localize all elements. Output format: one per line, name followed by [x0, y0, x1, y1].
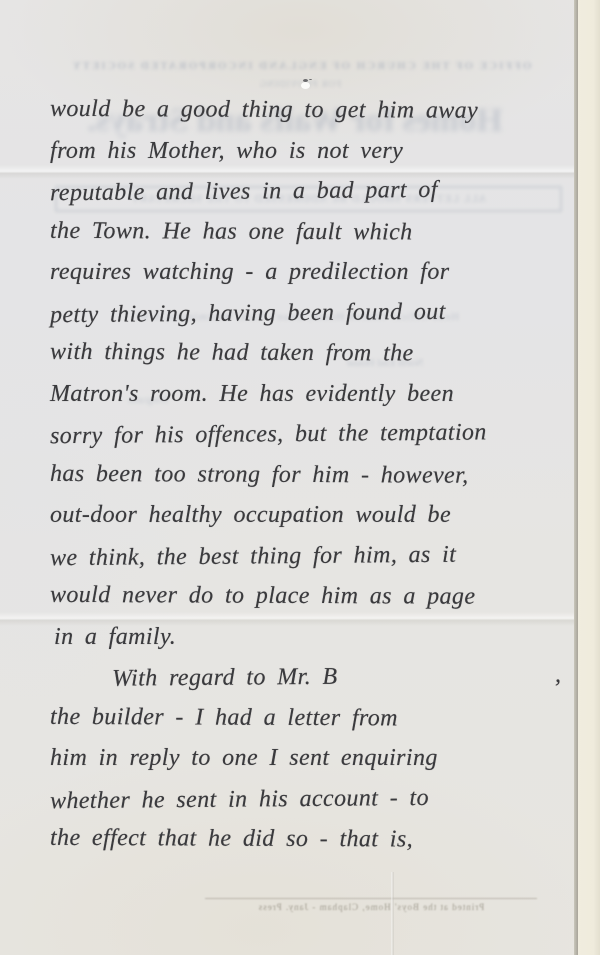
paper-crease-vertical	[391, 872, 394, 955]
bleedthrough-printer-imprint: Printed at the Boys' Home, Clapham - Jan…	[205, 898, 537, 912]
handwritten-line: has been too strong for him - however,	[50, 453, 565, 496]
letter-page: OFFICE OF THE CHURCH OF ENGLAND INCORPOR…	[0, 0, 577, 955]
handwritten-line: requires watching - a predilection for	[50, 252, 565, 293]
handwritten-line: out-door healthy occupation would be	[50, 495, 565, 536]
handwritten-line: would never do to place him as a page	[50, 575, 565, 618]
handwritten-line: would be a good thing to get him away	[50, 89, 565, 132]
handwritten-line: reputable and lives in a bad part of	[50, 169, 565, 214]
handwritten-line: whether he sent in his account - to	[50, 776, 565, 821]
handwritten-text-block: would be a good thing to get him away fr…	[50, 90, 565, 860]
handwritten-line-text: With regard to Mr. B	[112, 664, 338, 692]
handwritten-line: we think, the best thing for him, as it	[50, 533, 565, 578]
handwritten-line: petty thieving, having been found out	[50, 290, 565, 335]
handwritten-line: sorry for his offences, but the temptati…	[50, 412, 565, 457]
handwritten-trailing-comma: ,	[555, 655, 562, 696]
bleedthrough-header-sub: FOR PROVIDING	[180, 79, 420, 89]
bleedthrough-header-caps: OFFICE OF THE CHURCH OF ENGLAND INCORPOR…	[62, 60, 540, 72]
handwritten-line: the Town. He has one fault which	[50, 210, 565, 253]
handwritten-line: the builder - I had a letter from	[50, 696, 565, 739]
backing-page-strip	[578, 0, 600, 955]
handwritten-line-paragraph-start: With regard to Mr. B ,	[50, 655, 565, 700]
handwritten-line: in a family.	[50, 617, 565, 658]
handwritten-line: with things he had taken from the	[50, 332, 565, 375]
handwritten-line: Matron's room. He has evidently been	[50, 374, 565, 415]
handwritten-line: him in reply to one I sent enquiring	[50, 738, 565, 779]
handwritten-line: from his Mother, who is not very	[50, 131, 565, 172]
handwritten-line: the effect that he did so - that is,	[50, 818, 565, 861]
paper-flaw-speck	[301, 82, 310, 89]
